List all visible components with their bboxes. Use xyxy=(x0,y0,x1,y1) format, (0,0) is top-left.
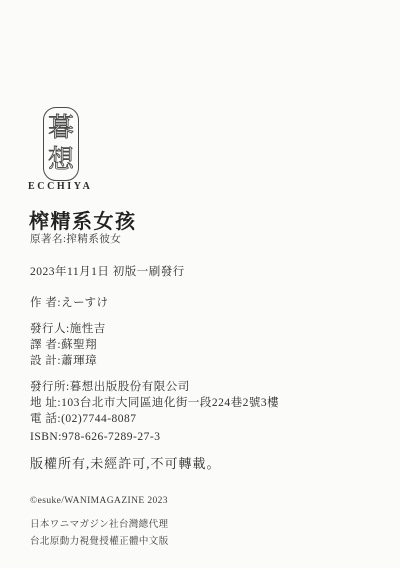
translator-line: 譯 者:蘇聖翔 xyxy=(30,336,97,352)
license-line: 台北原動力視覺授權正體中文版 xyxy=(30,533,169,547)
designer-line: 設 計:蕭琿璋 xyxy=(30,352,97,368)
brand-name: ECCHIYA xyxy=(28,181,93,192)
address-line: 地 址:103台北市大同區迪化街一段224巷2號3樓 xyxy=(30,394,279,410)
author-credit-line: 作 者:えーすけ xyxy=(30,294,109,310)
agency-line: 日本ワニマガジン社台灣總代理 xyxy=(30,516,168,530)
seal-character-top: 暮 xyxy=(48,115,74,141)
book-title: 榨精系女孩 xyxy=(29,205,137,234)
rights-notice: 版權所有,未經許可,不可轉載。 xyxy=(30,453,221,472)
phone-line: 電 話:(02)7744-8087 xyxy=(30,410,137,426)
isbn-line: ISBN:978-626-7289-27-3 xyxy=(30,431,160,443)
seal-character-bottom: 想 xyxy=(48,147,74,173)
publisher-person-line: 發行人:施性吉 xyxy=(30,320,106,336)
original-title: 原著名:搾精系彼女 xyxy=(30,231,121,246)
publishing-house-line: 發行所:暮想出版股份有限公司 xyxy=(30,378,190,394)
publisher-seal-logo: 暮 想 xyxy=(43,107,79,181)
edition-date-line: 2023年11月1日 初版一刷發行 xyxy=(30,263,185,279)
copyright-line: ©esuke/WANIMAGAZINE 2023 xyxy=(30,496,168,506)
colophon-page: 暮 想 ECCHIYA 榨精系女孩 原著名:搾精系彼女 2023年11月1日 初… xyxy=(0,0,400,568)
